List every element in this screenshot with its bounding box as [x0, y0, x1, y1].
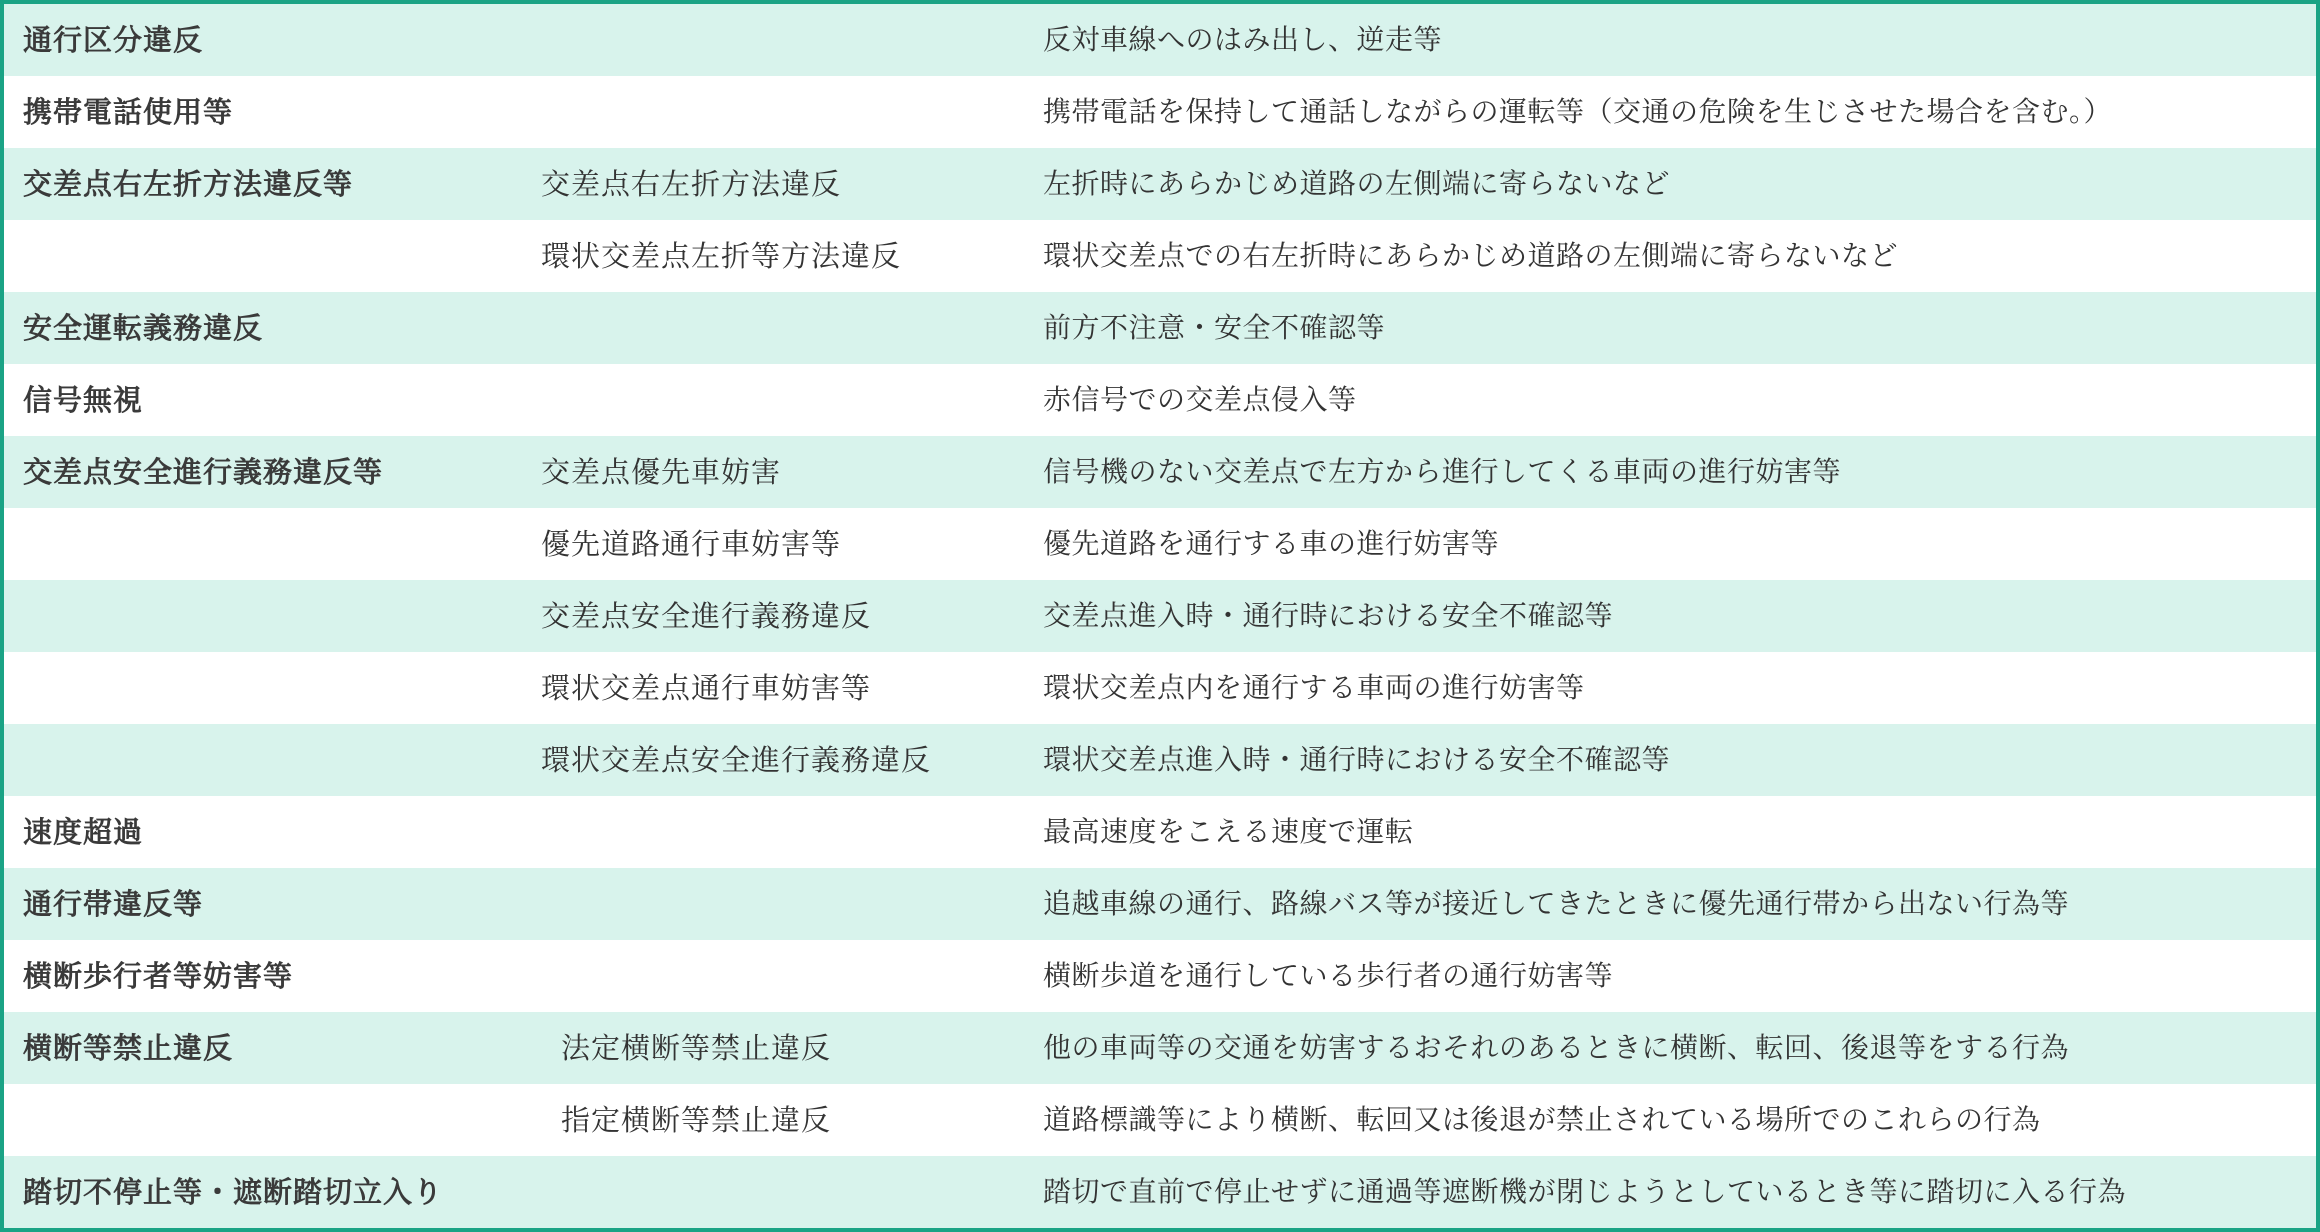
violation-subcategory: 優先道路通行車妨害等	[541, 508, 1035, 580]
violation-category: 横断等禁止違反	[4, 1012, 541, 1084]
violation-subcategory: 法定横断等禁止違反	[541, 1012, 1035, 1084]
violation-description: 環状交差点での右左折時にあらかじめ道路の左側端に寄らないなど	[1035, 220, 2316, 292]
violation-category: 安全運転義務違反	[4, 292, 541, 364]
violation-subcategory	[541, 4, 1035, 76]
violation-subcategory: 交差点優先車妨害	[541, 436, 1035, 508]
table-row: 環状交差点左折等方法違反 環状交差点での右左折時にあらかじめ道路の左側端に寄らな…	[4, 220, 2316, 292]
violation-subcategory	[541, 940, 1035, 1012]
violation-description: 環状交差点内を通行する車両の進行妨害等	[1035, 652, 2316, 724]
violation-category: 速度超過	[4, 796, 541, 868]
table-row: 横断歩行者等妨害等 横断歩道を通行している歩行者の通行妨害等	[4, 940, 2316, 1012]
violation-description: 環状交差点進入時・通行時における安全不確認等	[1035, 724, 2316, 796]
violation-description: 追越車線の通行、路線バス等が接近してきたときに優先通行帯から出ない行為等	[1035, 868, 2316, 940]
table-row: 環状交差点通行車妨害等 環状交差点内を通行する車両の進行妨害等	[4, 652, 2316, 724]
violation-description: 横断歩道を通行している歩行者の通行妨害等	[1035, 940, 2316, 1012]
violation-category: 横断歩行者等妨害等	[4, 940, 541, 1012]
violation-category	[4, 220, 541, 292]
violation-description: 他の車両等の交通を妨害するおそれのあるときに横断、転回、後退等をする行為	[1035, 1012, 2316, 1084]
violation-category	[4, 508, 541, 580]
table-row: 環状交差点安全進行義務違反 環状交差点進入時・通行時における安全不確認等	[4, 724, 2316, 796]
violation-subcategory	[541, 76, 1035, 148]
violation-subcategory	[541, 364, 1035, 436]
violation-subcategory	[541, 292, 1035, 364]
table-row: 通行区分違反 反対車線へのはみ出し、逆走等	[4, 4, 2316, 76]
table-row: 安全運転義務違反 前方不注意・安全不確認等	[4, 292, 2316, 364]
table-row: 通行帯違反等 追越車線の通行、路線バス等が接近してきたときに優先通行帯から出ない…	[4, 868, 2316, 940]
table-row: 信号無視 赤信号での交差点侵入等	[4, 364, 2316, 436]
violation-category: 通行帯違反等	[4, 868, 541, 940]
violation-subcategory: 環状交差点左折等方法違反	[541, 220, 1035, 292]
violation-description: 赤信号での交差点侵入等	[1035, 364, 2316, 436]
violation-description: 交差点進入時・通行時における安全不確認等	[1035, 580, 2316, 652]
table-row: 優先道路通行車妨害等 優先道路を通行する車の進行妨害等	[4, 508, 2316, 580]
table-row: 交差点安全進行義務違反 交差点進入時・通行時における安全不確認等	[4, 580, 2316, 652]
traffic-violations-table: 通行区分違反 反対車線へのはみ出し、逆走等 携帯電話使用等 携帯電話を保持して通…	[4, 4, 2316, 1228]
violation-subcategory: 環状交差点安全進行義務違反	[541, 724, 1035, 796]
violation-description: 前方不注意・安全不確認等	[1035, 292, 2316, 364]
violation-description: 左折時にあらかじめ道路の左側端に寄らないなど	[1035, 148, 2316, 220]
table-row: 指定横断等禁止違反 道路標識等により横断、転回又は後退が禁止されている場所でのこ…	[4, 1084, 2316, 1156]
violation-description: 優先道路を通行する車の進行妨害等	[1035, 508, 2316, 580]
violation-subcategory: 指定横断等禁止違反	[541, 1084, 1035, 1156]
violation-subcategory	[541, 796, 1035, 868]
violation-description: 信号機のない交差点で左方から進行してくる車両の進行妨害等	[1035, 436, 2316, 508]
violation-category: 信号無視	[4, 364, 541, 436]
violation-subcategory: 交差点右左折方法違反	[541, 148, 1035, 220]
table-row: 速度超過 最高速度をこえる速度で運転	[4, 796, 2316, 868]
table-row: 踏切不停止等・遮断踏切立入り 踏切で直前で停止せずに通過等遮断機が閉じようとして…	[4, 1156, 2316, 1228]
violation-description: 最高速度をこえる速度で運転	[1035, 796, 2316, 868]
violation-description: 携帯電話を保持して通話しながらの運転等（交通の危険を生じさせた場合を含む。）	[1035, 76, 2316, 148]
violation-category: 交差点安全進行義務違反等	[4, 436, 541, 508]
violation-category: 通行区分違反	[4, 4, 541, 76]
violation-category: 踏切不停止等・遮断踏切立入り	[4, 1156, 541, 1228]
table-row: 横断等禁止違反 法定横断等禁止違反 他の車両等の交通を妨害するおそれのあるときに…	[4, 1012, 2316, 1084]
violation-subcategory	[541, 1156, 1035, 1228]
violation-category	[4, 724, 541, 796]
violation-subcategory: 環状交差点通行車妨害等	[541, 652, 1035, 724]
table-row: 携帯電話使用等 携帯電話を保持して通話しながらの運転等（交通の危険を生じさせた場…	[4, 76, 2316, 148]
violation-category	[4, 580, 541, 652]
violation-category	[4, 1084, 541, 1156]
violation-subcategory	[541, 868, 1035, 940]
traffic-violations-table-frame: 通行区分違反 反対車線へのはみ出し、逆走等 携帯電話使用等 携帯電話を保持して通…	[0, 0, 2320, 1232]
violation-description: 道路標識等により横断、転回又は後退が禁止されている場所でのこれらの行為	[1035, 1084, 2316, 1156]
violation-subcategory: 交差点安全進行義務違反	[541, 580, 1035, 652]
violation-description: 踏切で直前で停止せずに通過等遮断機が閉じようとしているとき等に踏切に入る行為	[1035, 1156, 2316, 1228]
violation-category	[4, 652, 541, 724]
violation-description: 反対車線へのはみ出し、逆走等	[1035, 4, 2316, 76]
table-row: 交差点右左折方法違反等 交差点右左折方法違反 左折時にあらかじめ道路の左側端に寄…	[4, 148, 2316, 220]
violation-category: 交差点右左折方法違反等	[4, 148, 541, 220]
violation-category: 携帯電話使用等	[4, 76, 541, 148]
table-row: 交差点安全進行義務違反等 交差点優先車妨害 信号機のない交差点で左方から進行して…	[4, 436, 2316, 508]
